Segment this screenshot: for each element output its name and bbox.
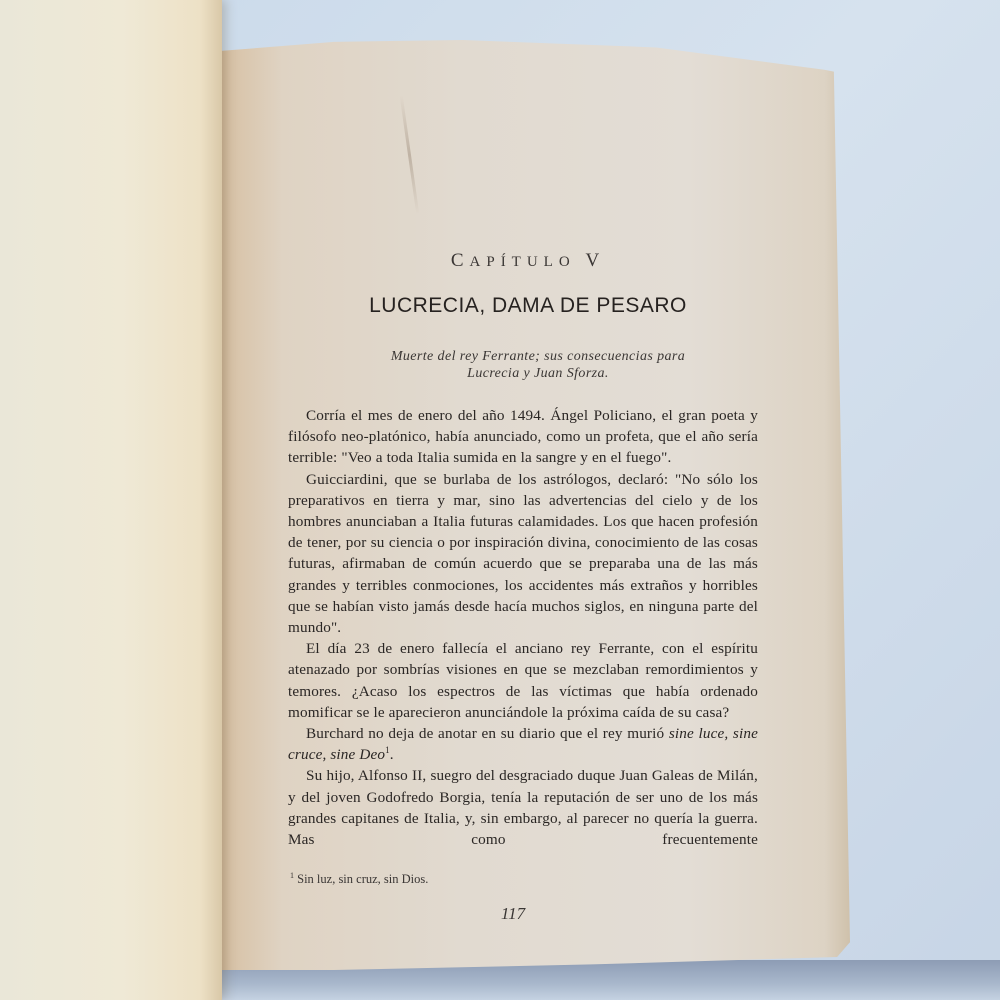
chapter-number: V — [585, 250, 605, 271]
subtitle-line-2: Lucrecia y Juan Sforza. — [318, 365, 758, 382]
paragraph: El día 23 de enero fallecía el anciano r… — [288, 638, 758, 723]
chapter-label: CAPÍTULO V — [298, 250, 758, 272]
chapter-label-word: APÍTULO — [470, 254, 576, 270]
page-number: 117 — [268, 904, 758, 924]
page-text-block: CAPÍTULO V LUCRECIA, DAMA DE PESARO Muer… — [288, 250, 758, 924]
body-text: Corría el mes de enero del año 1494. Áng… — [288, 405, 758, 850]
paragraph: Guicciardini, que se burlaba de los astr… — [288, 469, 758, 639]
subtitle-line-1: Muerte del rey Ferrante; sus consecuenci… — [318, 348, 758, 365]
footnote: 1 Sin luz, sin cruz, sin Dios. — [288, 871, 758, 887]
paragraph-text-end: . — [390, 746, 394, 763]
paragraph: Burchard no deja de anotar en su diario … — [288, 723, 758, 765]
chapter-label-initial: C — [451, 250, 470, 271]
chapter-subtitle: Muerte del rey Ferrante; sus consecuenci… — [318, 348, 758, 382]
paragraph: Corría el mes de enero del año 1494. Áng… — [288, 405, 758, 469]
chapter-title: LUCRECIA, DAMA DE PESARO — [298, 294, 758, 318]
footnote-marker: 1 — [290, 871, 294, 880]
paragraph-text: Burchard no deja de anotar en su diario … — [306, 725, 669, 742]
paragraph: Su hijo, Alfonso II, suegro del desgraci… — [288, 765, 758, 850]
footnote-text: Sin luz, sin cruz, sin Dios. — [297, 872, 428, 886]
left-page-blank — [0, 0, 222, 1000]
